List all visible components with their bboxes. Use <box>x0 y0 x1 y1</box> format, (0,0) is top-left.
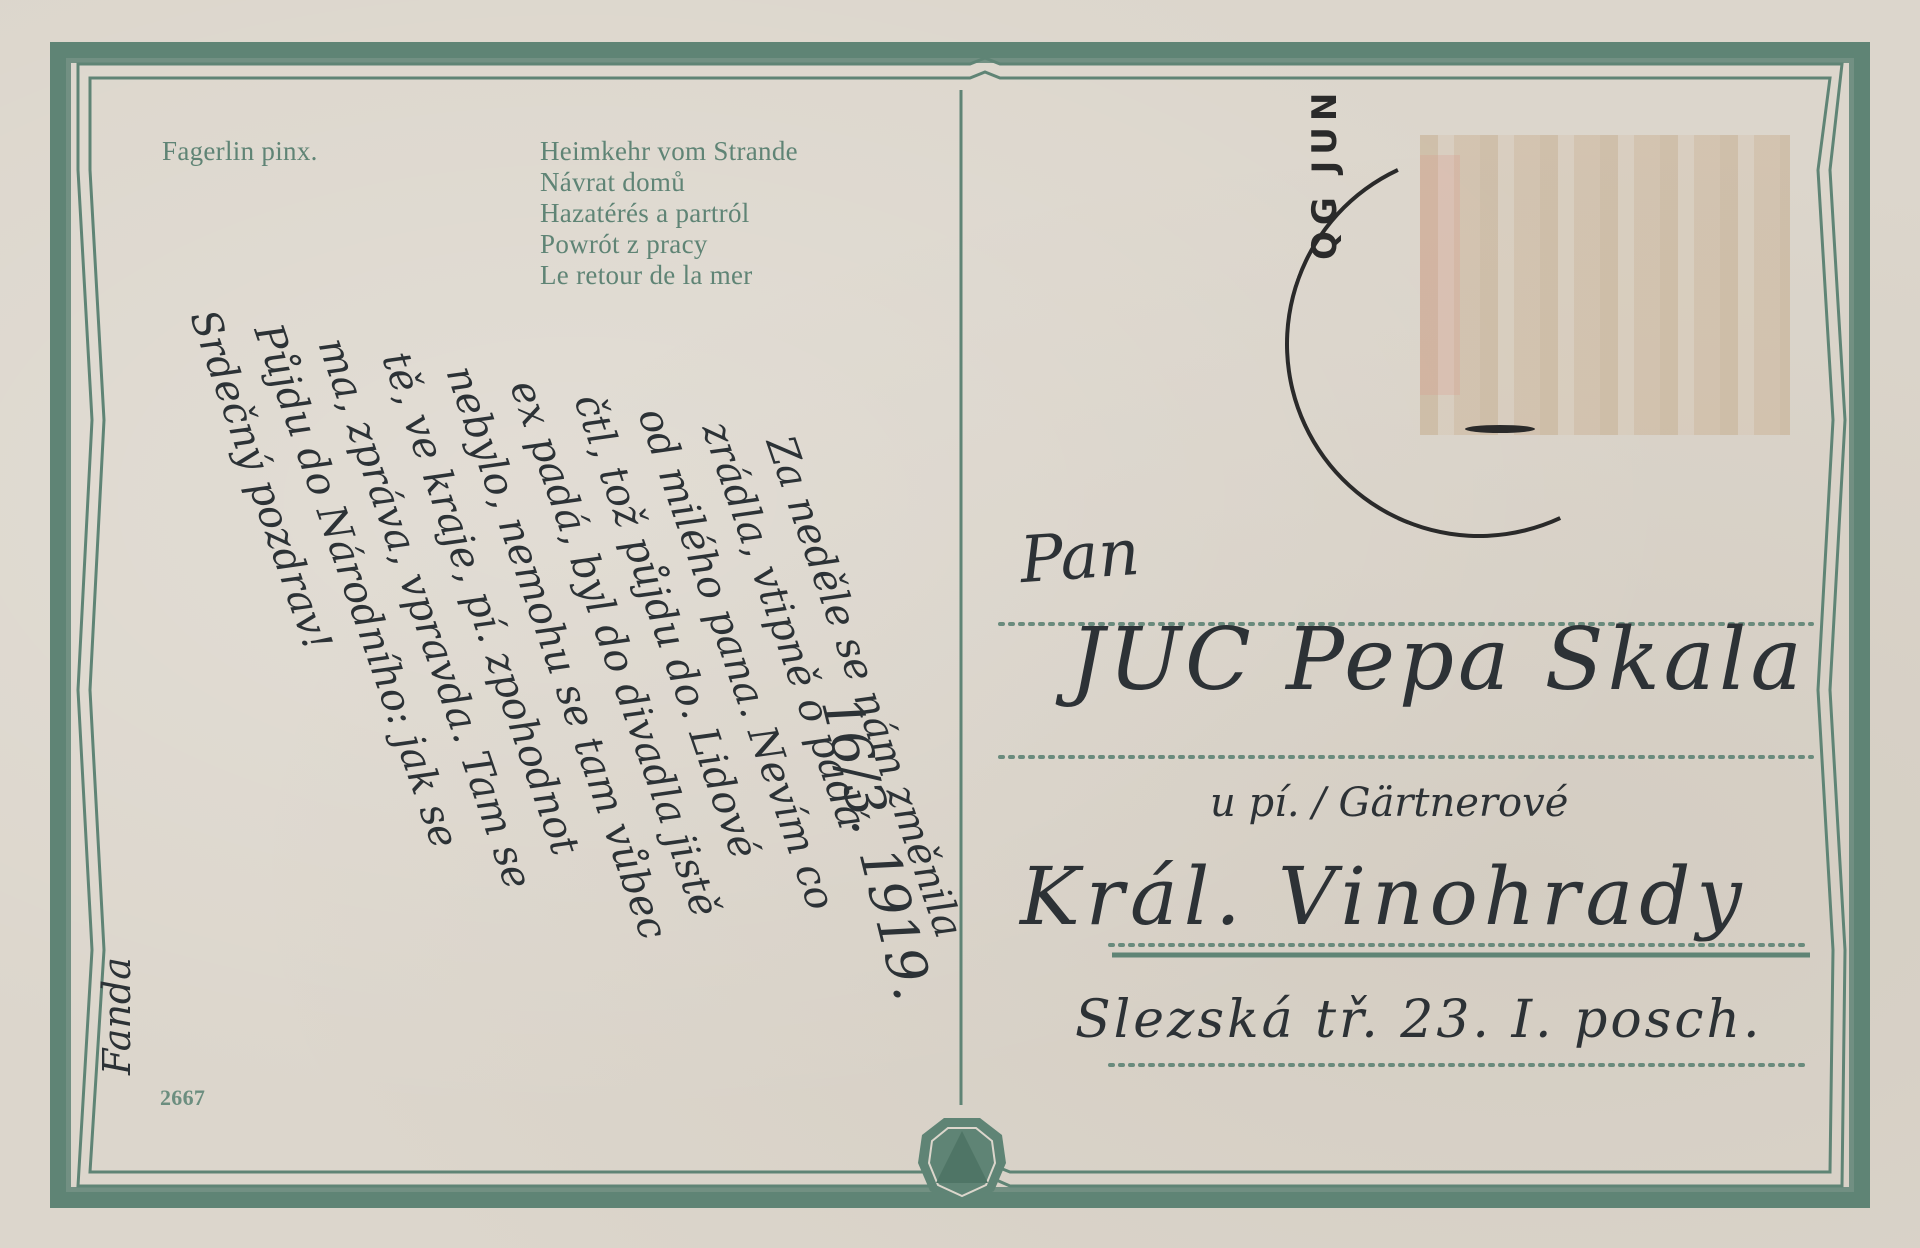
title-hungarian: Hazatérés a partról <box>540 198 798 229</box>
postmark-bar <box>1465 425 1535 433</box>
address-city: Král. Vinohrady <box>1020 850 1748 943</box>
title-german: Heimkehr vom Strande <box>540 136 798 167</box>
title-captions: Heimkehr vom Strande Návrat domů Hazatér… <box>540 136 798 291</box>
artist-credit: Fagerlin pinx. <box>162 136 318 167</box>
title-czech: Návrat domů <box>540 167 798 198</box>
address-care-of: u pí. / Gärtnerové <box>1210 780 1568 826</box>
address-recipient: JUC Pepa Skala <box>1070 610 1806 710</box>
card-number: 2667 <box>160 1082 205 1113</box>
address-street: Slezská tř. 23. I. posch. <box>1075 990 1763 1050</box>
title-polish: Powrót z pracy <box>540 229 798 260</box>
postcard: QG JUN Fagerlin pinx. Heimkehr vom Stran… <box>0 0 1920 1248</box>
postmark-text: QG JUN <box>1305 87 1345 260</box>
title-french: Le retour de la mer <box>540 260 798 291</box>
address-salutation: Pan <box>1018 516 1142 598</box>
message-signature: Fanda <box>95 957 139 1075</box>
